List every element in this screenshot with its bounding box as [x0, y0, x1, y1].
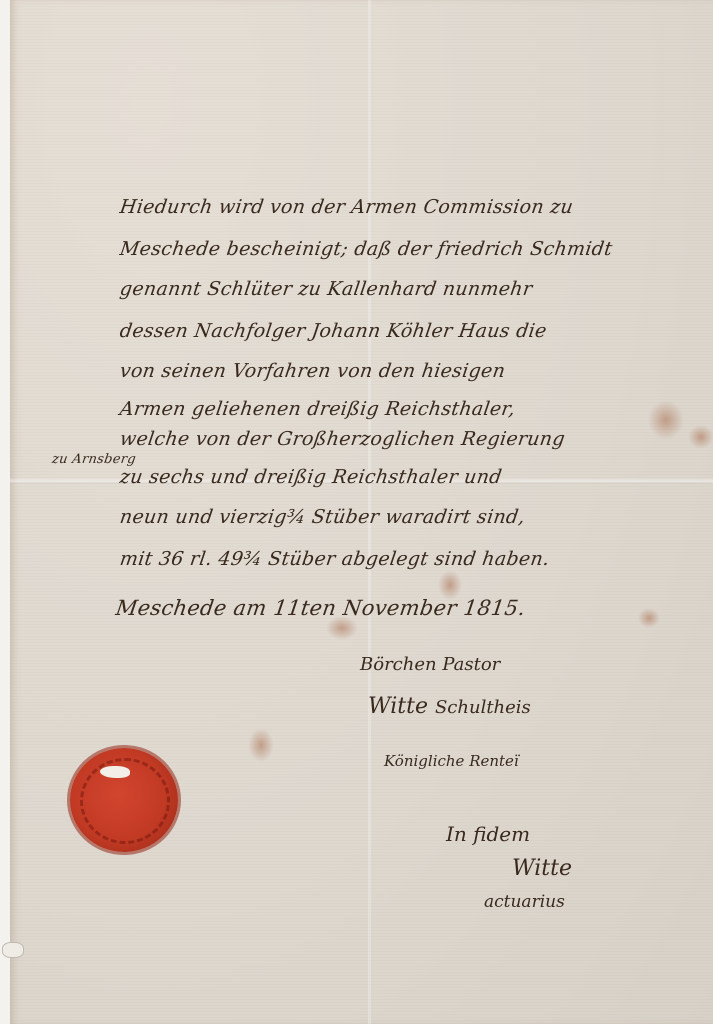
text-line: dessen Nachfolger Johann Köhler Haus die: [118, 320, 548, 342]
text-line: neun und vierzig¾ Stüber waradirt sind,: [118, 506, 526, 528]
text-line: von seinen Vorfahren von den hiesigen: [118, 360, 506, 382]
seal-chip: [100, 766, 130, 778]
signature-rentei: Königliche Renteï: [384, 752, 519, 770]
text-line: welche von der Großherzoglichen Regierun…: [118, 428, 566, 450]
text-line: genannt Schlüter zu Kallenhard nunmehr: [118, 278, 533, 300]
text-line: Hiedurch wird von der Armen Commission z…: [118, 196, 574, 218]
signature-actuarius-title: actuarius: [484, 892, 565, 912]
text-line: Meschede bescheinigt; daß der friedrich …: [118, 238, 613, 260]
text-line: Armen geliehenen dreißig Reichsthaler,: [118, 398, 516, 420]
text-line: zu sechs und dreißig Reichsthaler und: [118, 466, 503, 488]
wax-seal: [70, 748, 178, 852]
signature-in-fidem: In fidem: [446, 822, 530, 846]
ink-stain: [648, 400, 684, 440]
signature-actuarius-name: Witte: [512, 856, 572, 881]
text-line: mit 36 rl. 49¾ Stüber abgelegt sind habe…: [118, 548, 551, 570]
ink-stain: [248, 728, 274, 762]
ink-stain: [688, 425, 713, 449]
ink-stain: [638, 608, 660, 628]
signature-title: Pastor: [442, 654, 500, 675]
margin-note: zu Arnsberg: [51, 452, 137, 467]
signature-name: Börchen: [360, 654, 437, 675]
paper-damage: [2, 942, 24, 958]
signature-schultheis: Witte Schultheis: [368, 694, 531, 719]
signature-title: Schultheis: [435, 697, 531, 718]
signature-name: Witte: [368, 694, 428, 719]
date-line: Meschede am 11ten November 1815.: [114, 596, 527, 620]
signature-pastor: Börchen Pastor: [360, 654, 500, 675]
